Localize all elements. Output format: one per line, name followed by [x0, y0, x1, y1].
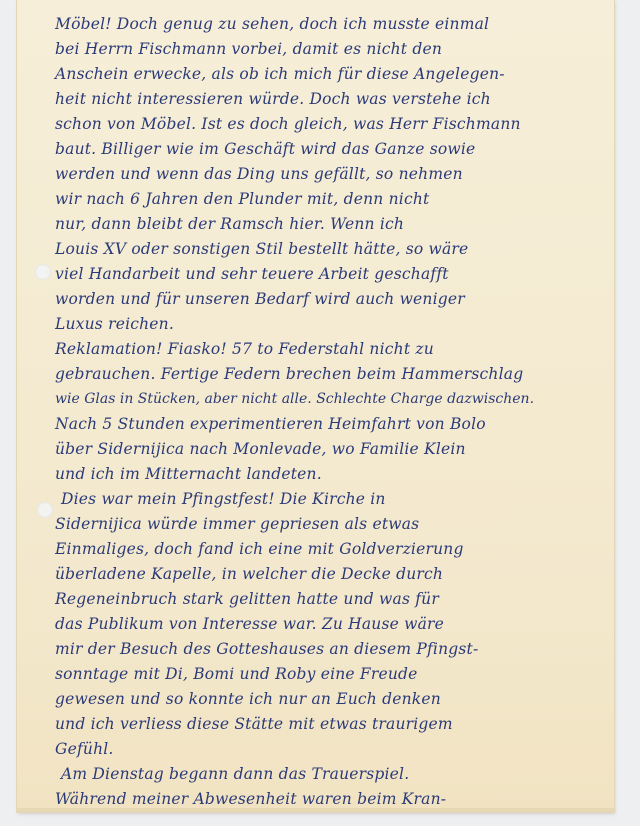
letter-line: schon von Möbel. Ist es doch gleich, was… — [55, 114, 521, 134]
letter-line: über Sidernijica nach Monlevade, wo Fami… — [55, 439, 466, 459]
letter-line: Anschein erwecke, als ob ich mich für di… — [55, 64, 505, 84]
letter-line: wie Glas in Stücken, aber nicht alle. Sc… — [55, 389, 534, 409]
letter-line: wir nach 6 Jahren den Plunder mit, denn … — [55, 189, 429, 209]
letter-line: Regeneinbruch stark gelitten hatte und w… — [55, 589, 439, 609]
letter-line: das Publikum von Interesse war. Zu Hause… — [55, 614, 444, 634]
letter-line: Gefühl. — [55, 739, 114, 759]
letter-line: werden und wenn das Ding uns gefällt, so… — [55, 164, 463, 184]
letter-line: heit nicht interessieren würde. Doch was… — [55, 89, 491, 109]
scanned-page: Möbel! Doch genug zu sehen, doch ich mus… — [0, 0, 640, 826]
letter-line: baut. Billiger wie im Geschäft wird das … — [55, 139, 475, 159]
letter-line: bei Herrn Fischmann vorbei, damit es nic… — [55, 39, 442, 59]
letter-line: worden und für unseren Bedarf wird auch … — [55, 289, 465, 309]
letter-line: gewesen und so konnte ich nur an Euch de… — [55, 689, 441, 709]
letter-line: sonntage mit Di, Bomi und Roby eine Freu… — [55, 664, 418, 684]
letter-line: Einmaliges, doch fand ich eine mit Goldv… — [55, 539, 464, 559]
letter-line: gebrauchen. Fertige Federn brechen beim … — [55, 364, 523, 384]
letter-line: nur, dann bleibt der Ramsch hier. Wenn i… — [55, 214, 404, 234]
punch-hole-lower — [37, 502, 53, 518]
letter-line: Luxus reichen. — [55, 314, 174, 334]
letter-line: Louis XV oder sonstigen Stil bestellt hä… — [55, 239, 468, 259]
letter-line: Dies war mein Pfingstfest! Die Kirche in — [61, 489, 386, 509]
letter-line: Sidernijica würde immer gepriesen als et… — [55, 514, 419, 534]
letter-line: und ich im Mitternacht landeten. — [55, 464, 322, 484]
letter-line: Reklamation! Fiasko! 57 to Federstahl ni… — [55, 339, 434, 359]
letter-line: Am Dienstag begann dann das Trauerspiel. — [61, 764, 409, 784]
letter-line: Möbel! Doch genug zu sehen, doch ich mus… — [55, 14, 489, 34]
letter-paper: Möbel! Doch genug zu sehen, doch ich mus… — [17, 0, 614, 812]
letter-line: viel Handarbeit und sehr teuere Arbeit g… — [55, 264, 449, 284]
punch-hole-upper — [35, 264, 51, 280]
letter-line: und ich verliess diese Stätte mit etwas … — [55, 714, 453, 734]
letter-line: überladene Kapelle, in welcher die Decke… — [55, 564, 443, 584]
letter-line: Während meiner Abwesenheit waren beim Kr… — [55, 789, 446, 809]
letter-line: mir der Besuch des Gotteshauses an diese… — [55, 639, 478, 659]
letter-line: Nach 5 Stunden experimentieren Heimfahrt… — [55, 414, 486, 434]
